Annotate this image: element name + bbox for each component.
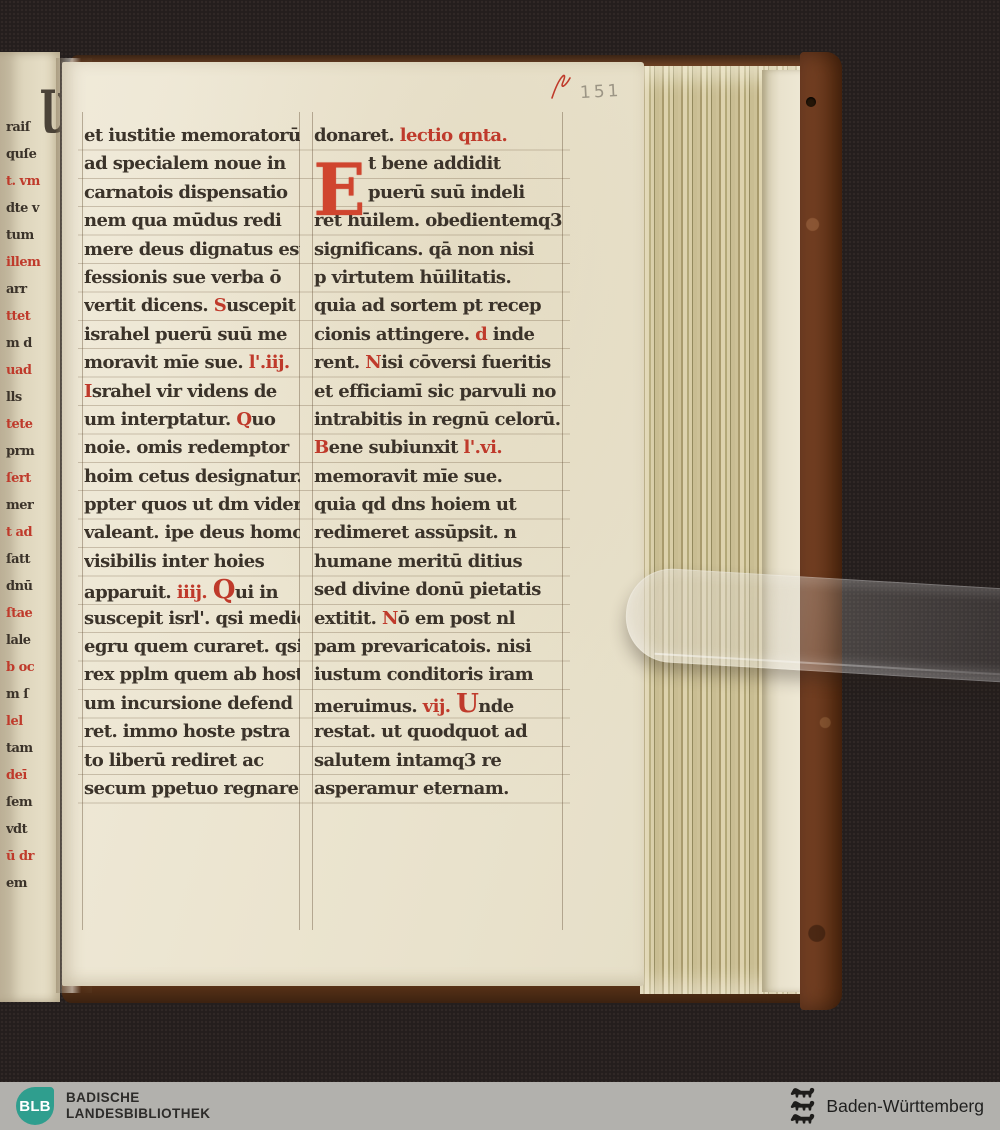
left-facing-page-edge: Ʋ raiſquſet. vmdte vtumillemarrttetm dua… — [0, 52, 60, 1002]
manuscript-line: et efficiamī sic parvuli no — [314, 378, 570, 406]
manuscript-line: um interptatur. Quo — [84, 406, 300, 434]
text-segment: rex pplm quem ab hosti — [84, 664, 300, 685]
wormhole — [806, 97, 816, 107]
manuscript-line: sed divine donū pietatis — [314, 576, 570, 604]
text-segment: uo — [251, 409, 275, 430]
text-segment: Q — [213, 576, 235, 604]
left-page-text-line: quſe — [6, 141, 60, 168]
folio-number: 151 — [580, 81, 622, 103]
text-segment: et efficiamī sic parvuli no — [314, 381, 556, 402]
left-page-text-line: b oc — [6, 654, 60, 681]
manuscript-line: memoravit mīe sue. — [314, 463, 570, 491]
text-segment: quia ad sortem pt recep — [314, 295, 541, 316]
left-page-text-line: mer — [6, 492, 60, 519]
text-segment: moravit mīe sue. — [84, 352, 249, 373]
text-segment: nde — [478, 696, 513, 717]
text-segment: nem qua mūdus redi — [84, 210, 281, 231]
text-segment: ppter quos ut dm videre — [84, 494, 300, 515]
manuscript-line: humane meritū ditius — [314, 548, 570, 576]
manuscript-line: iustum conditoris iram — [314, 661, 570, 689]
text-segment: isi cōversi fueritis — [381, 352, 551, 373]
manuscript-line: moravit mīe sue. l'.iij. — [84, 349, 300, 377]
left-page-text-line: tete — [6, 411, 60, 438]
text-segment: hoim cetus designatur. — [84, 466, 300, 487]
text-segment: restat. ut quodquot ad — [314, 721, 527, 742]
text-segment: Q — [236, 409, 251, 430]
text-segment: suscepit isrl'. qsi medicus — [84, 608, 300, 629]
text-segment: significans. qā non nisi — [314, 239, 534, 260]
manuscript-line: p virtutem hūilitatis. — [314, 264, 570, 292]
text-segment: mere deus dignatus est — [84, 239, 300, 260]
text-segment: et iustitie memoratorū — [84, 125, 300, 146]
manuscript-line: valeant. ipe deus homo — [84, 519, 300, 547]
text-segment: t bene addidit — [368, 153, 500, 174]
text-segment: humane meritū ditius — [314, 551, 522, 572]
text-segment: salutem intamq3 re — [314, 750, 501, 771]
manuscript-line: significans. qā non nisi — [314, 236, 570, 264]
left-page-text-line: ſem — [6, 789, 60, 816]
manuscript-line: salutem intamq3 re — [314, 747, 570, 775]
text-segment: N — [382, 608, 398, 629]
manuscript-line: to liberū rediret ac — [84, 747, 300, 775]
rubricated-initial-e: E — [313, 150, 364, 238]
text-segment: extitit. — [314, 608, 382, 629]
manuscript-line: hoim cetus designatur. — [84, 463, 300, 491]
left-page-text-fragments: raiſquſet. vmdte vtumillemarrttetm duadl… — [6, 114, 60, 897]
left-page-text-line: arr — [6, 276, 60, 303]
text-segment: egru quem curaret. qsi — [84, 636, 300, 657]
text-segment: d — [475, 324, 487, 345]
manuscript-line: mere deus dignatus est — [84, 236, 300, 264]
manuscript-line: meruimus. vij. Unde — [314, 690, 570, 718]
text-segment: israhel puerū suū me — [84, 324, 287, 345]
text-segment: U — [456, 690, 478, 718]
book-cover-right — [800, 52, 842, 1010]
text-segment: srahel vir videns de — [92, 381, 277, 402]
left-page-text-line: prm — [6, 438, 60, 465]
left-page-text-line: illem — [6, 249, 60, 276]
manuscript-line: ret. immo hoste pstra — [84, 718, 300, 746]
text-segment: lectio qnta. — [400, 125, 507, 146]
left-page-text-line: lel — [6, 708, 60, 735]
manuscript-line: fessionis sue verba ō — [84, 264, 300, 292]
left-page-text-line: lls — [6, 384, 60, 411]
text-segment: memoravit mīe sue. — [314, 466, 502, 487]
left-page-text-line: ttet — [6, 303, 60, 330]
text-segment: um incursione defend — [84, 693, 293, 714]
text-segment: pam prevaricatois. nisi — [314, 636, 531, 657]
photograph-scene: Ʋ raiſquſet. vmdte vtumillemarrttetm dua… — [0, 0, 1000, 1130]
text-segment: p virtutem hūilitatis. — [314, 267, 511, 288]
red-pen-flourish-icon — [548, 68, 574, 102]
text-segment: quia qd dns hoiem ut — [314, 494, 516, 515]
manuscript-line: ad specialem noue in — [84, 150, 300, 178]
manuscript-line: noie. omis redemptor — [84, 434, 300, 462]
state-branding: Baden-Württemberg — [788, 1087, 984, 1125]
manuscript-line: Israhel vir videns de — [84, 378, 300, 406]
text-segment: I — [84, 381, 92, 402]
left-page-text-line: tum — [6, 222, 60, 249]
manuscript-line: quia ad sortem pt recep — [314, 292, 570, 320]
left-page-text-line: dte v — [6, 195, 60, 222]
library-name-line2: LANDESBIBLIOTHEK — [66, 1106, 210, 1122]
text-segment: ene subiunxit — [329, 437, 464, 458]
text-segment: N — [365, 352, 381, 373]
text-segment: iiij. — [177, 582, 213, 603]
manuscript-page: 151 et iustitie memoratorūad specialem n… — [62, 62, 644, 986]
text-column-left: et iustitie memoratorūad specialem noue … — [84, 122, 300, 803]
text-segment: inde — [487, 324, 534, 345]
manuscript-line: restat. ut quodquot ad — [314, 718, 570, 746]
left-page-text-line: m d — [6, 330, 60, 357]
left-page-text-line: dnū — [6, 573, 60, 600]
manuscript-line: et iustitie memoratorū — [84, 122, 300, 150]
manuscript-line: nem qua mūdus redi — [84, 207, 300, 235]
manuscript-line: extitit. Nō em post nl — [314, 605, 570, 633]
text-segment: fessionis sue verba ō — [84, 267, 281, 288]
left-page-text-line: t ad — [6, 519, 60, 546]
manuscript-line: visibilis inter hoies — [84, 548, 300, 576]
manuscript-line: carnatois dispensatio — [84, 179, 300, 207]
text-segment: ad specialem noue in — [84, 153, 286, 174]
left-page-text-line: uad — [6, 357, 60, 384]
manuscript-line: cionis attingere. d inde — [314, 321, 570, 349]
text-segment: iustum conditoris iram — [314, 664, 533, 685]
footer-banner: BLB BADISCHE LANDESBIBLIOTHEK Baden-Würt… — [0, 1082, 1000, 1130]
manuscript-line: secum ppetuo regnare — [84, 775, 300, 803]
left-page-text-line: deī — [6, 762, 60, 789]
text-segment: B — [314, 437, 329, 458]
manuscript-line: pam prevaricatois. nisi — [314, 633, 570, 661]
manuscript-line: redimeret assūpsit. n — [314, 519, 570, 547]
text-segment: redimeret assūpsit. n — [314, 522, 516, 543]
left-page-text-line: ū dr — [6, 843, 60, 870]
manuscript-line: egru quem curaret. qsi — [84, 633, 300, 661]
text-segment: ret. immo hoste pstra — [84, 721, 290, 742]
manuscript-line: intrabitis in regnū celorū. — [314, 406, 570, 434]
text-segment: sed divine donū pietatis — [314, 579, 541, 600]
left-page-text-line: t. vm — [6, 168, 60, 195]
left-page-text-line: ſatt — [6, 546, 60, 573]
text-segment: apparuit. — [84, 582, 177, 603]
left-page-text-line: raiſ — [6, 114, 60, 141]
text-segment: S — [214, 295, 226, 316]
blb-logo: BLB — [16, 1087, 54, 1125]
library-branding: BLB BADISCHE LANDESBIBLIOTHEK — [16, 1087, 210, 1125]
text-segment: noie. omis redemptor — [84, 437, 289, 458]
text-segment: secum ppetuo regnare — [84, 778, 298, 799]
text-segment: vij. — [423, 696, 456, 717]
manuscript-line: asperamur eternam. — [314, 775, 570, 803]
text-segment: cionis attingere. — [314, 324, 475, 345]
blb-logo-label: BLB — [19, 1098, 50, 1115]
three-lions-icon — [788, 1087, 816, 1125]
manuscript-line: apparuit. iiij. Qui in — [84, 576, 300, 604]
manuscript-line: vertit dicens. Suscepit — [84, 292, 300, 320]
text-segment: ō em post nl — [398, 608, 515, 629]
left-page-text-line: em — [6, 870, 60, 897]
text-segment: meruimus. — [314, 696, 423, 717]
text-segment: donaret. — [314, 125, 400, 146]
library-name: BADISCHE LANDESBIBLIOTHEK — [66, 1090, 210, 1122]
text-segment: l'.iij. — [249, 352, 290, 373]
left-page-text-line: m ſ — [6, 681, 60, 708]
text-segment: vertit dicens. — [84, 295, 214, 316]
library-name-line1: BADISCHE — [66, 1090, 210, 1106]
left-page-text-line: vdt — [6, 816, 60, 843]
manuscript-line: rex pplm quem ab hosti — [84, 661, 300, 689]
left-page-text-line: lale — [6, 627, 60, 654]
text-segment: intrabitis in regnū celorū. — [314, 409, 560, 430]
left-page-text-line: tam — [6, 735, 60, 762]
manuscript-line: ppter quos ut dm videre — [84, 491, 300, 519]
text-segment: carnatois dispensatio — [84, 182, 287, 203]
manuscript-line: suscepit isrl'. qsi medicus — [84, 605, 300, 633]
manuscript-line: Bene subiunxit l'.vi. — [314, 434, 570, 462]
manuscript-line: um incursione defend — [84, 690, 300, 718]
left-page-text-line: ſert — [6, 465, 60, 492]
manuscript-line: rent. Nisi cōversi fueritis — [314, 349, 570, 377]
text-segment: asperamur eternam. — [314, 778, 509, 799]
text-segment: valeant. ipe deus homo — [84, 522, 300, 543]
text-segment: visibilis inter hoies — [84, 551, 264, 572]
text-segment: um interptatur. — [84, 409, 236, 430]
text-segment: l'.vi. — [463, 437, 502, 458]
text-segment: ui in — [235, 582, 278, 603]
text-segment: puerū suū indeli — [368, 182, 525, 203]
manuscript-line: quia qd dns hoiem ut — [314, 491, 570, 519]
manuscript-line: israhel puerū suū me — [84, 321, 300, 349]
text-segment: rent. — [314, 352, 365, 373]
text-segment: to liberū rediret ac — [84, 750, 264, 771]
left-page-text-line: ſtae — [6, 600, 60, 627]
text-segment: uscepit — [226, 295, 295, 316]
state-name: Baden-Württemberg — [826, 1096, 984, 1117]
